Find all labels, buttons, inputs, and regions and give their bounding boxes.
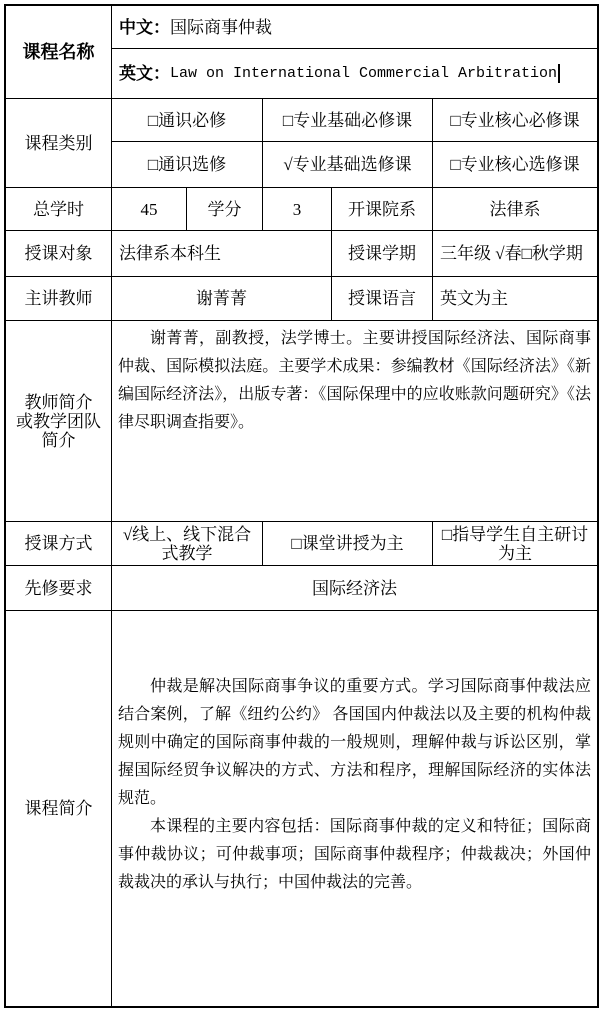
instructor-value[interactable]: 谢菁菁 (112, 277, 332, 321)
course-name-zh-cell[interactable]: 中文： 国际商事仲裁 (112, 6, 597, 49)
course-name-en-cell[interactable]: 英文： Law on International Commercial Arbi… (112, 49, 597, 99)
course-name-label: 课程名称 (6, 6, 112, 99)
category-label: 课程类别 (6, 99, 112, 188)
intro-label: 课程简介 (6, 611, 112, 1006)
department-label: 开课院系 (332, 188, 433, 231)
checkbox-general-required[interactable]: □通识必修 (112, 99, 263, 142)
checkbox-major-core-elective[interactable]: □专业核心选修课 (433, 142, 597, 188)
term-value[interactable]: 三年级 √春□秋学期 (433, 231, 597, 277)
en-prefix-label: 英文： (119, 63, 170, 84)
credits-value[interactable]: 3 (263, 188, 332, 231)
audience-value[interactable]: 法律系本科生 (112, 231, 332, 277)
intro-para-2: 本课程的主要内容包括：国际商事仲裁的定义和特征；国际商事仲裁协议；可仲裁事项；国… (118, 813, 591, 897)
department-value[interactable]: 法律系 (433, 188, 597, 231)
course-info-table: 课程名称 中文： 国际商事仲裁 英文： Law on International… (4, 4, 599, 1008)
total-hours-value[interactable]: 45 (112, 188, 187, 231)
checkbox-general-elective[interactable]: □通识选修 (112, 142, 263, 188)
audience-label: 授课对象 (6, 231, 112, 277)
credits-label: 学分 (187, 188, 263, 231)
method-option-self-study[interactable]: □指导学生自主研讨 为主 (433, 522, 597, 566)
prereq-label: 先修要求 (6, 566, 112, 611)
zh-prefix-label: 中文： (119, 17, 170, 38)
method-label: 授课方式 (6, 522, 112, 566)
instructor-label: 主讲教师 (6, 277, 112, 321)
checkbox-major-core-required[interactable]: □专业核心必修课 (433, 99, 597, 142)
en-value: Law on International Commercial Arbitrat… (170, 63, 557, 84)
method-option-blended[interactable]: √线上、线下混合 式教学 (112, 522, 263, 566)
language-value[interactable]: 英文为主 (433, 277, 597, 321)
checkbox-major-basic-required[interactable]: □专业基础必修课 (263, 99, 433, 142)
checkbox-major-basic-elective[interactable]: √专业基础选修课 (263, 142, 433, 188)
document-page: 课程名称 中文： 国际商事仲裁 英文： Law on International… (0, 0, 603, 1012)
bio-label: 教师简介 或教学团队 简介 (6, 321, 112, 522)
zh-value: 国际商事仲裁 (170, 17, 272, 38)
intro-para-1: 仲裁是解决国际商事争议的重要方式。学习国际商事仲裁法应结合案例，了解《纽约公约》… (118, 673, 591, 813)
text-cursor (558, 64, 560, 83)
bio-text-cell[interactable]: 谢菁菁，副教授，法学博士。主要讲授国际经济法、国际商事仲裁、国际模拟法庭。主要学… (112, 321, 597, 522)
total-hours-label: 总学时 (6, 188, 112, 231)
method-option-lecture[interactable]: □课堂讲授为主 (263, 522, 433, 566)
prereq-value[interactable]: 国际经济法 (112, 566, 597, 611)
bio-text: 谢菁菁，副教授，法学博士。主要讲授国际经济法、国际商事仲裁、国际模拟法庭。主要学… (118, 325, 591, 437)
language-label: 授课语言 (332, 277, 433, 321)
intro-text-cell[interactable]: 仲裁是解决国际商事争议的重要方式。学习国际商事仲裁法应结合案例，了解《纽约公约》… (112, 611, 597, 1006)
term-label: 授课学期 (332, 231, 433, 277)
